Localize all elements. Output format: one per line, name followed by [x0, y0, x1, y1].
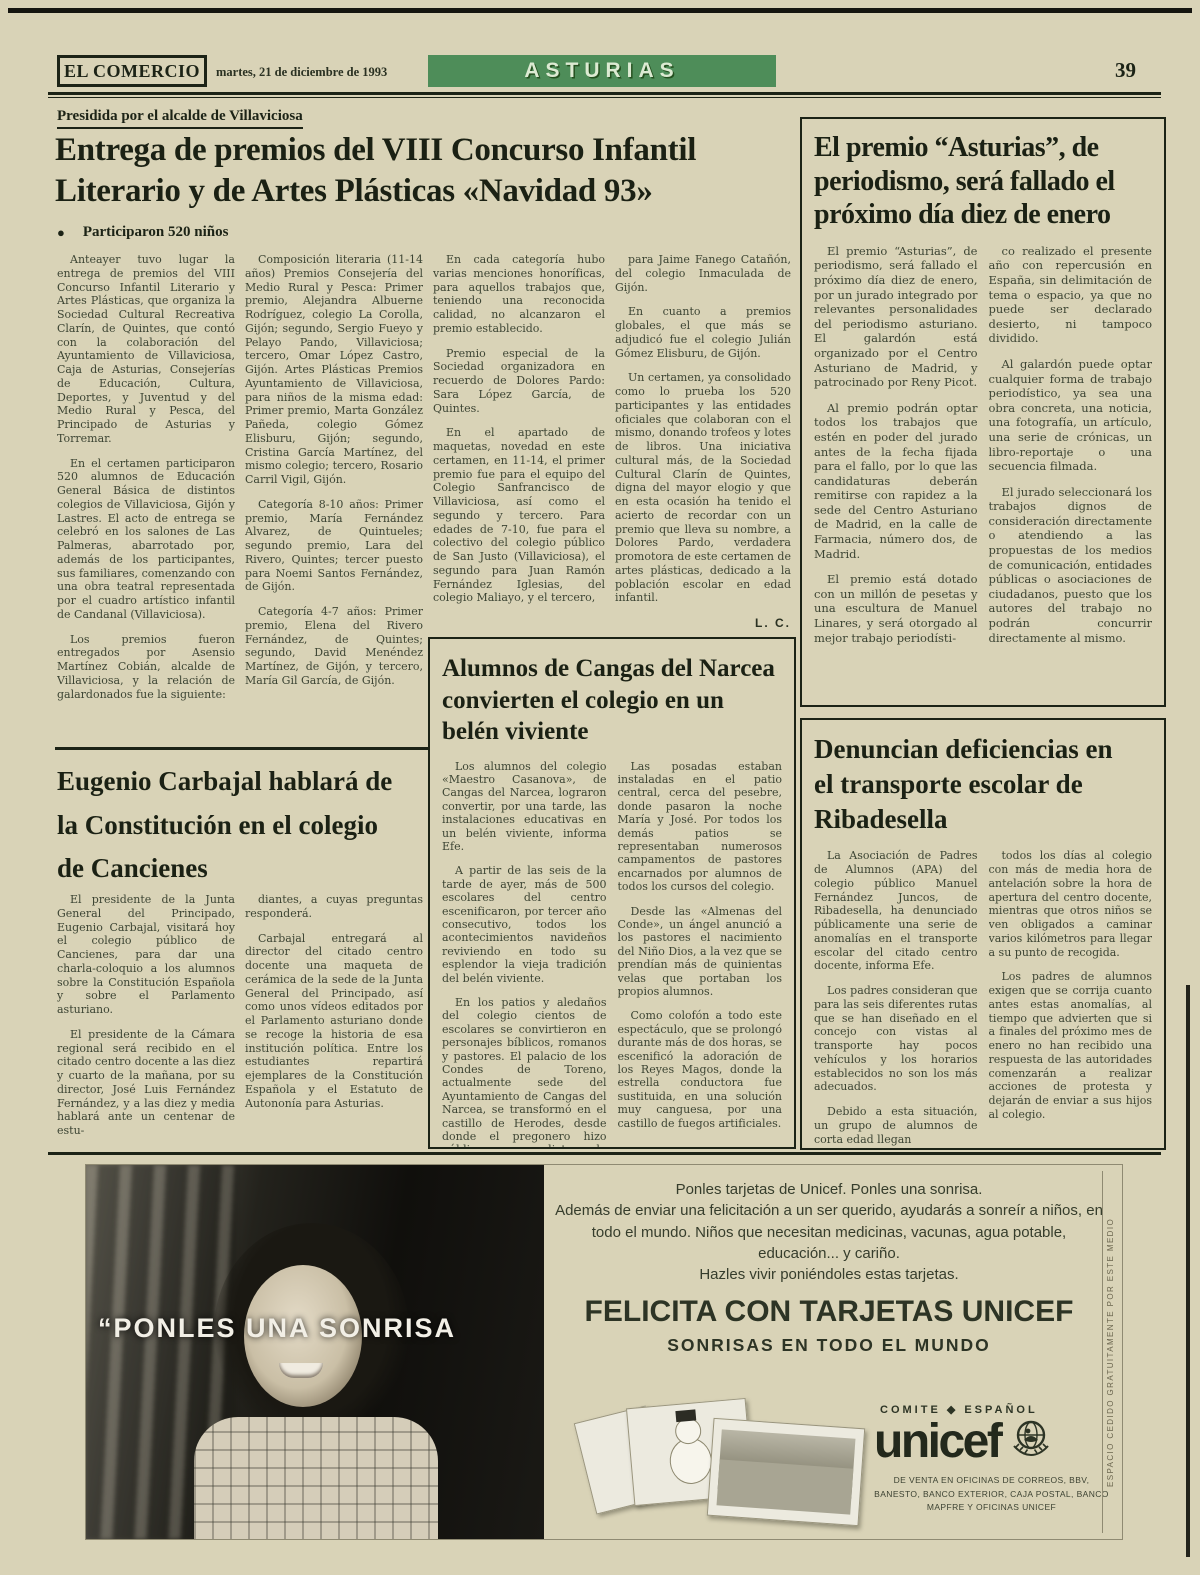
article-paragraph: Como colofón a todo este espectáculo, qu…	[618, 1009, 783, 1130]
divider-rule	[55, 747, 429, 750]
transporte-article: Denuncian deficiencias en el transporte …	[800, 718, 1166, 1150]
article-paragraph: El jurado seleccionará los trabajos dign…	[989, 485, 1153, 646]
article-paragraph: diantes, a cuyas preguntas responderá.	[245, 893, 423, 921]
article-paragraph: El presidente de la Junta General del Pr…	[57, 893, 235, 1017]
article-paragraph: Los padres consideran que para las seis …	[814, 984, 978, 1094]
article-paragraph: El premio “Asturias”, de periodismo, ser…	[814, 244, 978, 390]
newspaper-page: EL COMERCIO martes, 21 de diciembre de 1…	[0, 0, 1200, 1575]
main-subhead-text: Participaron 520 niños	[83, 224, 229, 241]
article-paragraph: Categoría 8-10 años: Primer premio, Marí…	[245, 498, 423, 594]
kicker: Presidida por el alcalde de Villaviciosa	[57, 108, 303, 129]
ad-side-divider	[1102, 1171, 1103, 1533]
main-headline: Entrega de premios del VIII Concurso Inf…	[55, 130, 803, 212]
carbajal-column-2: diantes, a cuyas preguntas responderá. C…	[245, 893, 423, 1151]
article-paragraph: Al premio podrán optar todos los trabajo…	[814, 401, 978, 562]
article-paragraph: para Jaime Fanego Catañón, del colegio I…	[615, 253, 791, 294]
top-edge-rule	[8, 8, 1192, 13]
greeting-cards-illustration	[578, 1399, 868, 1531]
article-paragraph: La Asociación de Padres de Alumnos (APA)…	[814, 849, 978, 973]
article-paragraph: Composición literaria (11-14 años) Premi…	[245, 253, 423, 487]
page-number: 39	[1115, 58, 1136, 83]
article-paragraph: A partir de las seis de la tarde de ayer…	[442, 864, 607, 985]
article-paragraph: Un certamen, ya consolidado como lo prue…	[615, 371, 791, 605]
snowman-hat-icon	[675, 1409, 696, 1422]
article-paragraph: El premio está dotado con un millón de p…	[814, 572, 978, 645]
masthead-title: EL COMERCIO	[64, 61, 200, 82]
article-paragraph: Los premios fueron entregados por Asensi…	[57, 633, 235, 702]
divider-rule	[48, 1152, 1161, 1155]
transporte-column-2: todos los días al colegio con más de med…	[989, 849, 1153, 1150]
header-divider-rule	[48, 92, 1161, 98]
byline: L. C.	[615, 616, 791, 630]
ad-intro-line: Además de enviar una felicitación a un s…	[554, 1200, 1104, 1264]
article-paragraph: En cada categoría hubo varias menciones …	[433, 253, 605, 336]
premio-asturias-article: El premio “Asturias”, de periodismo, ser…	[800, 117, 1166, 707]
main-article-column-2: Composición literaria (11-14 años) Premi…	[245, 253, 423, 723]
photo-caption: “PONLES UNA SONRISA	[98, 1313, 456, 1344]
transporte-headline: Denuncian deficiencias en el transporte …	[814, 732, 1129, 837]
transporte-column-1: La Asociación de Padres de Alumnos (APA)…	[814, 849, 978, 1150]
main-article-column-3: En cada categoría hubo varias menciones …	[433, 253, 605, 637]
belen-column-1: Los alumnos del colegio «Maestro Casanov…	[442, 760, 607, 1150]
ad-headline: FELICITA CON TARJETAS UNICEF	[554, 1295, 1104, 1328]
edition-date: martes, 21 de diciembre de 1993	[216, 65, 387, 80]
main-article-column-1: Anteayer tuvo lugar la entrega de premio…	[57, 253, 235, 747]
ad-copy: Ponles tarjetas de Unicef. Ponles una so…	[554, 1179, 1104, 1356]
belen-viviente-article: Alumnos de Cangas del Narcea convierten …	[428, 637, 796, 1149]
bullet-icon: ●	[57, 225, 65, 241]
ad-photo-smiling-child: “PONLES UNA SONRISA	[86, 1165, 544, 1539]
article-paragraph: Desde las «Almenas del Conde», un ángel …	[618, 905, 783, 999]
photo-child-dress	[194, 1417, 438, 1539]
carbajal-column-1: El presidente de la Junta General del Pr…	[57, 893, 235, 1151]
unicef-brand-block: COMITE ◆ ESPAÑOL unicef DE V	[874, 1403, 1123, 1515]
article-paragraph: Debido a esta situación, un grupo de alu…	[814, 1105, 978, 1146]
unicef-emblem-icon	[1008, 1416, 1054, 1467]
points-of-sale-note: DE VENTA EN OFICINAS DE CORREOS, BBV, BA…	[874, 1474, 1109, 1515]
section-name: ASTURIAS	[524, 59, 679, 83]
ad-intro-line: Hazles vivir poniéndoles estas tarjetas.	[554, 1264, 1104, 1285]
main-article-column-4: para Jaime Fanego Catañón, del colegio I…	[615, 253, 791, 637]
premio-column-1: El premio “Asturias”, de periodismo, ser…	[814, 244, 978, 656]
greeting-card-winter-scene	[707, 1418, 865, 1526]
unicef-logo-text: unicef	[874, 1418, 1000, 1466]
carbajal-headline: Eugenio Carbajal hablará de la Constituc…	[57, 760, 402, 891]
article-paragraph: El presidente de la Cámara regional será…	[57, 1028, 235, 1138]
article-paragraph: Carbajal entregará al director del citad…	[245, 932, 423, 1111]
article-paragraph: Al galardón puede optar cualquier forma …	[989, 357, 1153, 474]
belen-column-2: Las posadas estaban instaladas en el pat…	[618, 760, 783, 1150]
article-paragraph: En los patios y aledaños del colegio cie…	[442, 996, 607, 1149]
transporte-columns: La Asociación de Padres de Alumnos (APA)…	[814, 849, 1152, 1150]
brand-row: unicef	[874, 1416, 1123, 1467]
article-paragraph: co realizado el presente año con repercu…	[989, 244, 1153, 346]
section-banner: ASTURIAS	[428, 55, 776, 87]
ad-intro-line: Ponles tarjetas de Unicef. Ponles una so…	[554, 1179, 1104, 1200]
article-paragraph: Categoría 4-7 años: Primer premio, Elena…	[245, 605, 423, 688]
article-paragraph: Las posadas estaban instaladas en el pat…	[618, 760, 783, 894]
article-paragraph: Anteayer tuvo lugar la entrega de premio…	[57, 253, 235, 446]
masthead: EL COMERCIO	[57, 55, 207, 87]
article-paragraph: Los padres de alumnos exigen que se corr…	[989, 970, 1153, 1121]
scan-edge-artifact	[1186, 985, 1190, 1557]
article-paragraph: Los alumnos del colegio «Maestro Casanov…	[442, 760, 607, 854]
unicef-advertisement: “PONLES UNA SONRISA Ponles tarjetas de U…	[85, 1164, 1123, 1540]
premio-column-2: co realizado el presente año con repercu…	[989, 244, 1153, 656]
winter-scene-icon	[717, 1459, 854, 1514]
article-paragraph: Premio especial de la Sociedad organizad…	[433, 347, 605, 416]
premio-headline: El premio “Asturias”, de periodismo, ser…	[814, 131, 1119, 232]
article-paragraph: todos los días al colegio con más de med…	[989, 849, 1153, 959]
premio-columns: El premio “Asturias”, de periodismo, ser…	[814, 244, 1152, 656]
belen-headline: Alumnos de Cangas del Narcea convierten …	[442, 653, 782, 748]
ad-side-note: ESPACIO CEDIDO GRATUITAMENTE POR ESTE ME…	[1106, 1173, 1115, 1531]
main-subhead: ● Participaron 520 niños	[57, 224, 228, 241]
article-paragraph: En el certamen participaron 520 alumnos …	[57, 457, 235, 622]
ad-subheadline: SONRISAS EN TODO EL MUNDO	[554, 1335, 1104, 1356]
article-paragraph: En cuanto a premios globales, el que más…	[615, 305, 791, 360]
belen-columns: Los alumnos del colegio «Maestro Casanov…	[442, 760, 782, 1150]
article-paragraph: En el apartado de maquetas, novedad en e…	[433, 426, 605, 605]
